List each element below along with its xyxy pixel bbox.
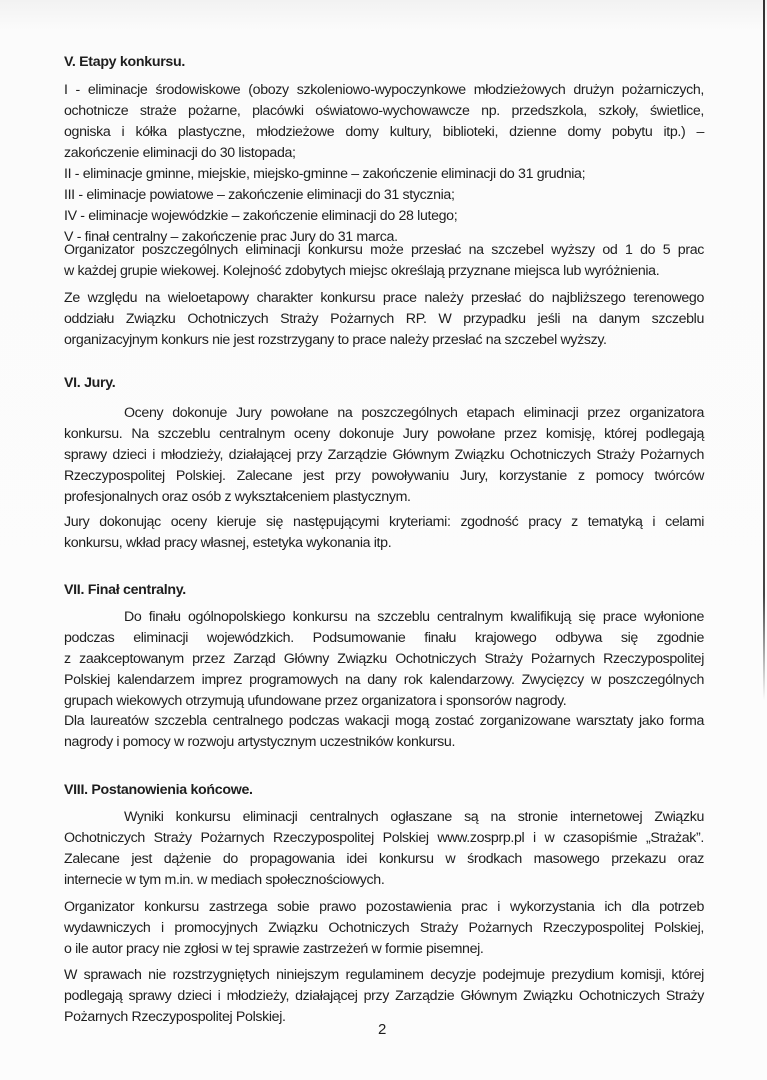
paragraph-line: Dla laureatów szczebla centralnego podcz… — [64, 711, 704, 732]
page-number: 2 — [378, 1020, 386, 1040]
paragraph-line: Ochotniczych Straży Pożarnych Rzeczyposp… — [64, 828, 704, 849]
paragraph-line: nagrody i pomocy w rozwoju artystycznym … — [64, 732, 704, 753]
section-v-heading: V. Etapy konkursu. — [64, 52, 185, 73]
section-vii-workshops-paragraph: Dla laureatów szczebla centralnego podcz… — [64, 711, 704, 753]
paragraph-line: Polskiej kalendarzem imprez programowych… — [64, 670, 704, 691]
section-viii-rights-paragraph: Organizator konkursu zastrzega sobie pra… — [64, 897, 704, 960]
section-viii-undecided-paragraph: W sprawach nie rozstrzygniętych niniejsz… — [64, 965, 704, 1028]
section-vi-heading: VI. Jury. — [64, 373, 115, 394]
paragraph-line: sprawy dzieci i młodzieży, działającej p… — [64, 445, 704, 466]
stage-line: ogniska i kółka plastyczne, młodzieżowe … — [64, 122, 704, 143]
stage-line: I - eliminacje środowiskowe (obozy szkol… — [64, 80, 704, 101]
paragraph-line: w każdej grupie wiekowej. Kolejność zdob… — [64, 261, 704, 282]
section-v-stages: I - eliminacje środowiskowe (obozy szkol… — [64, 80, 704, 248]
document-page: V. Etapy konkursu. I - eliminacje środow… — [0, 0, 767, 1080]
paragraph-line: Zalecane jest dążenie do propagowania id… — [64, 849, 704, 870]
paragraph-line: organizacyjnym konkurs nie jest rozstrzy… — [64, 330, 704, 351]
stage-line: II - eliminacje gminne, miejskie, miejsk… — [64, 164, 704, 185]
paragraph-line: Do finału ogólnopolskiego konkursu na sz… — [64, 607, 704, 628]
paragraph-line: grupach wiekowych otrzymują ufundowane p… — [64, 691, 704, 712]
paragraph-line: konkursu. Na szczeblu centralnym oceny d… — [64, 424, 704, 445]
stage-line: zakończenie eliminacji do 30 listopada; — [64, 143, 704, 164]
section-vi-criteria-paragraph: Jury dokonując oceny kieruje się następu… — [64, 512, 704, 554]
paragraph-line: podczas eliminacji wojewódzkich. Podsumo… — [64, 628, 704, 649]
paragraph-line: wydawniczych i promocyjnych Związku Ocho… — [64, 918, 704, 939]
paragraph-line: profesjonalnych oraz osób z wykształceni… — [64, 487, 704, 508]
paragraph-line: Organizator konkursu zastrzega sobie pra… — [64, 897, 704, 918]
paragraph-line: Organizator poszczególnych eliminacji ko… — [64, 240, 704, 261]
stage-line: ochotnicze straże pożarne, placówki oświ… — [64, 101, 704, 122]
section-v-multistage-paragraph: Ze względu na wieloetapowy charakter kon… — [64, 288, 704, 351]
paragraph-line: o ile autor pracy nie zgłosi w tej spraw… — [64, 939, 704, 960]
section-v-organizer-paragraph: Organizator poszczególnych eliminacji ko… — [64, 240, 704, 282]
section-vi-jury-paragraph: Oceny dokonuje Jury powołane na poszczeg… — [64, 403, 704, 508]
stage-line: IV - eliminacje wojewódzkie – zakończeni… — [64, 206, 704, 227]
paragraph-line: W sprawach nie rozstrzygniętych niniejsz… — [64, 965, 704, 986]
scan-edge-line — [763, 0, 765, 700]
paragraph-line: Wyniki konkursu eliminacji centralnych o… — [64, 807, 704, 828]
section-vii-final-paragraph: Do finału ogólnopolskiego konkursu na sz… — [64, 607, 704, 712]
paragraph-line: Jury dokonując oceny kieruje się następu… — [64, 512, 704, 533]
paragraph-line: podlegają sprawy dzieci i młodzieży, dzi… — [64, 986, 704, 1007]
paragraph-line: Ze względu na wieloetapowy charakter kon… — [64, 288, 704, 309]
paragraph-line: internecie w tym m.in. w mediach społecz… — [64, 870, 704, 891]
stage-line: III - eliminacje powiatowe – zakończenie… — [64, 185, 704, 206]
paragraph-line: Oceny dokonuje Jury powołane na poszczeg… — [64, 403, 704, 424]
section-vii-heading: VII. Finał centralny. — [64, 580, 186, 601]
section-viii-results-paragraph: Wyniki konkursu eliminacji centralnych o… — [64, 807, 704, 891]
paragraph-line: oddziału Związku Ochotniczych Straży Poż… — [64, 309, 704, 330]
paragraph-line: z zaakceptowanym przez Zarząd Główny Zwi… — [64, 649, 704, 670]
paragraph-line: konkursu, wkład pracy własnej, estetyka … — [64, 533, 704, 554]
paragraph-line: Rzeczypospolitej Polskiej. Zalecane jest… — [64, 466, 704, 487]
section-viii-heading: VIII. Postanowienia końcowe. — [64, 780, 253, 801]
